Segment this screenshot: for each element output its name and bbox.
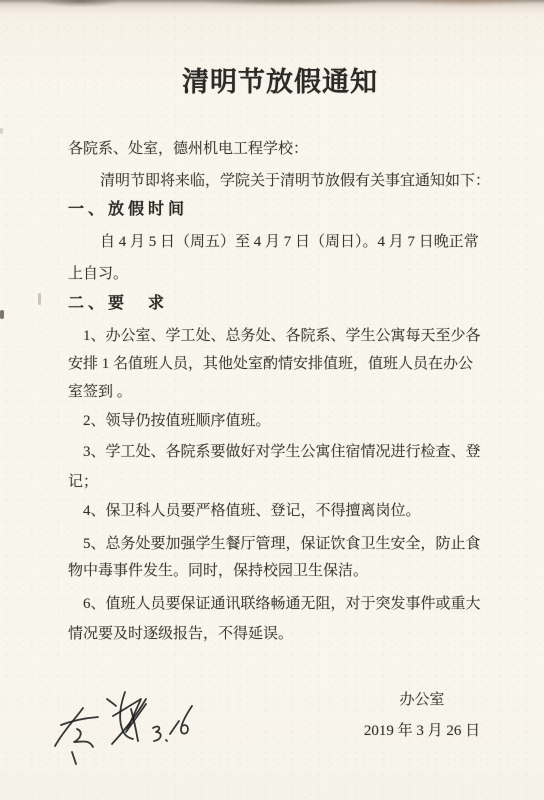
item1-line3: 室签到 。: [68, 384, 132, 401]
item2-line1: 2、领导仍按值班顺序值班。: [83, 413, 271, 430]
item5-line2: 物中毒事件发生。同时，保持校园卫生保洁。: [68, 563, 368, 580]
scan-speck: [0, 310, 4, 319]
item3-line2: 记；: [68, 474, 98, 491]
item1-line1: 1、办公室、学工处、总务处、各院系、学生公寓每天至少各: [83, 328, 481, 345]
scanned-notice-page: 清明节放假通知 各院系、处室，德州机电工程学校： 清明节即将来临，学院关于清明节…: [0, 0, 544, 800]
scan-speck: [0, 128, 3, 134]
item6-line2: 情况要及时逐级报告，不得延误。: [68, 626, 293, 643]
section2-heading: 二、要 求: [68, 295, 168, 313]
scan-speck: [38, 293, 41, 305]
item3-line1: 3、学工处、各院系要做好对学生公寓住宿情况进行检查、登: [83, 444, 481, 461]
handwritten-signature: [30, 668, 210, 778]
salutation-line: 各院系、处室，德州机电工程学校：: [68, 141, 308, 158]
holiday-dates-line2: 上自习。: [68, 266, 128, 283]
notice-title: 清明节放假通知: [0, 60, 544, 99]
scanner-edge-artifact: [0, 0, 544, 18]
item1-line2: 安排 1 名值班人员，其他处室酌情安排值班，值班人员在办公: [68, 356, 473, 373]
signoff-department: 办公室: [352, 688, 492, 709]
item5-line1: 5、总务处要加强学生餐厅管理，保证饮食卫生安全，防止食: [83, 536, 481, 553]
holiday-dates-line1: 自 4 月 5 日（周五）至 4 月 7 日（周日）。4 月 7 日晚正常: [100, 234, 479, 251]
item4-line1: 4、保卫科人员要严格值班、登记，不得擅离岗位。: [83, 503, 421, 520]
section1-heading: 一、放假时间: [68, 201, 188, 219]
signoff-date: 2019 年 3 月 26 日: [352, 719, 492, 740]
intro-line: 清明节即将来临，学院关于清明节放假有关事宜通知如下：: [100, 173, 490, 190]
item6-line1: 6、值班人员要保证通讯联络畅通无阻，对于突发事件或重大: [83, 596, 481, 613]
